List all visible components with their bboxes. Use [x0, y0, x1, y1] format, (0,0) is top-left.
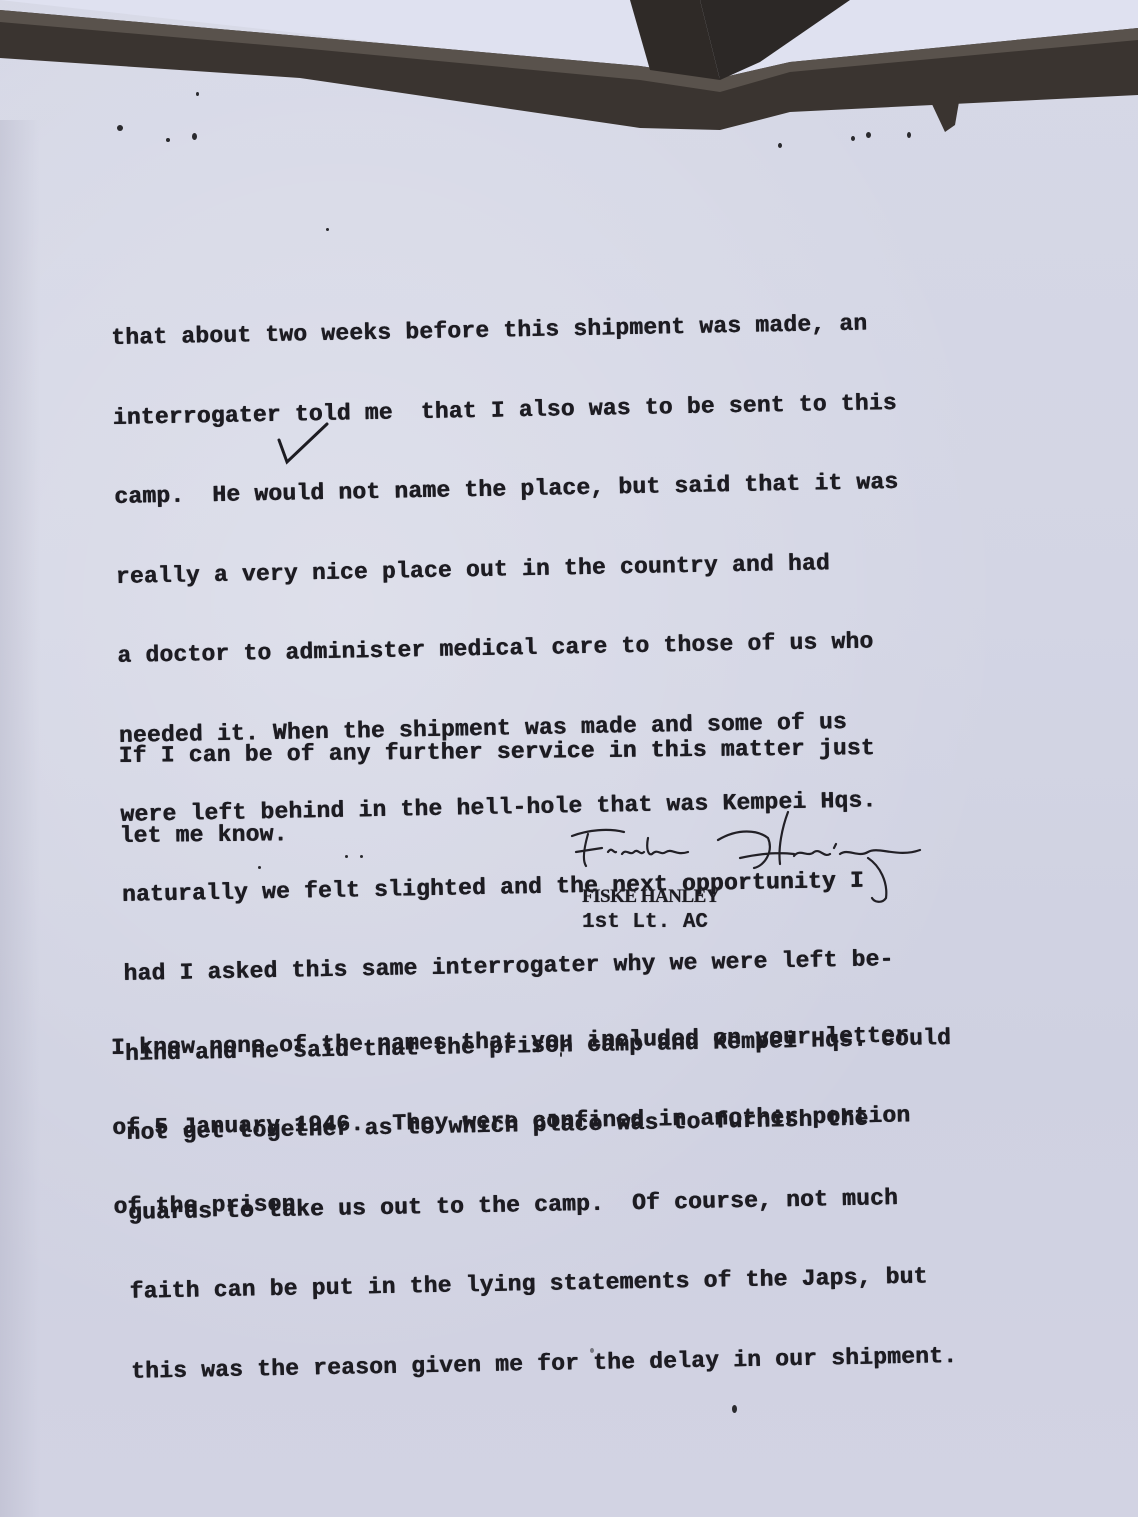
- body-line: interrogater told me that I also was to …: [113, 389, 939, 431]
- signature-block: Fiske Hanley FISKE HANLEY 1st Lt. AC: [568, 808, 998, 948]
- body-line: If I can be of any further service in th…: [119, 735, 875, 769]
- paper-speck: [326, 228, 329, 231]
- postscript-line: of 5 January 1946. They were confined in…: [112, 1102, 910, 1141]
- body-line: a doctor to administer medical care to t…: [117, 627, 943, 669]
- paper-speck: [166, 138, 170, 142]
- body-line: camp. He would not name the place, but s…: [114, 468, 940, 510]
- body-line: really a very nice place out in the coun…: [116, 548, 942, 590]
- paper-shadow: [0, 120, 40, 1517]
- paper-speck: [117, 125, 123, 131]
- postscript-line: I knew none of the names that you includ…: [111, 1022, 909, 1061]
- typed-signature-name: FISKE HANLEY: [582, 886, 719, 908]
- frame-edge: [0, 0, 1138, 150]
- body-line: this was the reason given me for the del…: [131, 1342, 957, 1384]
- postscript-line: of the prison.: [113, 1181, 911, 1220]
- handwritten-check-mark-icon: [275, 418, 335, 478]
- paper-speck: [732, 1405, 737, 1413]
- paper-speck: [196, 92, 199, 96]
- postscript-paragraph: I knew none of the names that you includ…: [110, 969, 912, 1247]
- paper-speck: [851, 136, 855, 141]
- body-line: faith can be put in the lying statements…: [129, 1263, 955, 1305]
- body-line: that about two weeks before this shipmen…: [111, 309, 937, 351]
- paper-speck: [192, 133, 197, 140]
- paper-speck: [907, 132, 911, 138]
- signature-rank: 1st Lt. AC: [582, 911, 708, 934]
- paper-speck: [778, 143, 782, 148]
- paper-speck: [866, 132, 871, 138]
